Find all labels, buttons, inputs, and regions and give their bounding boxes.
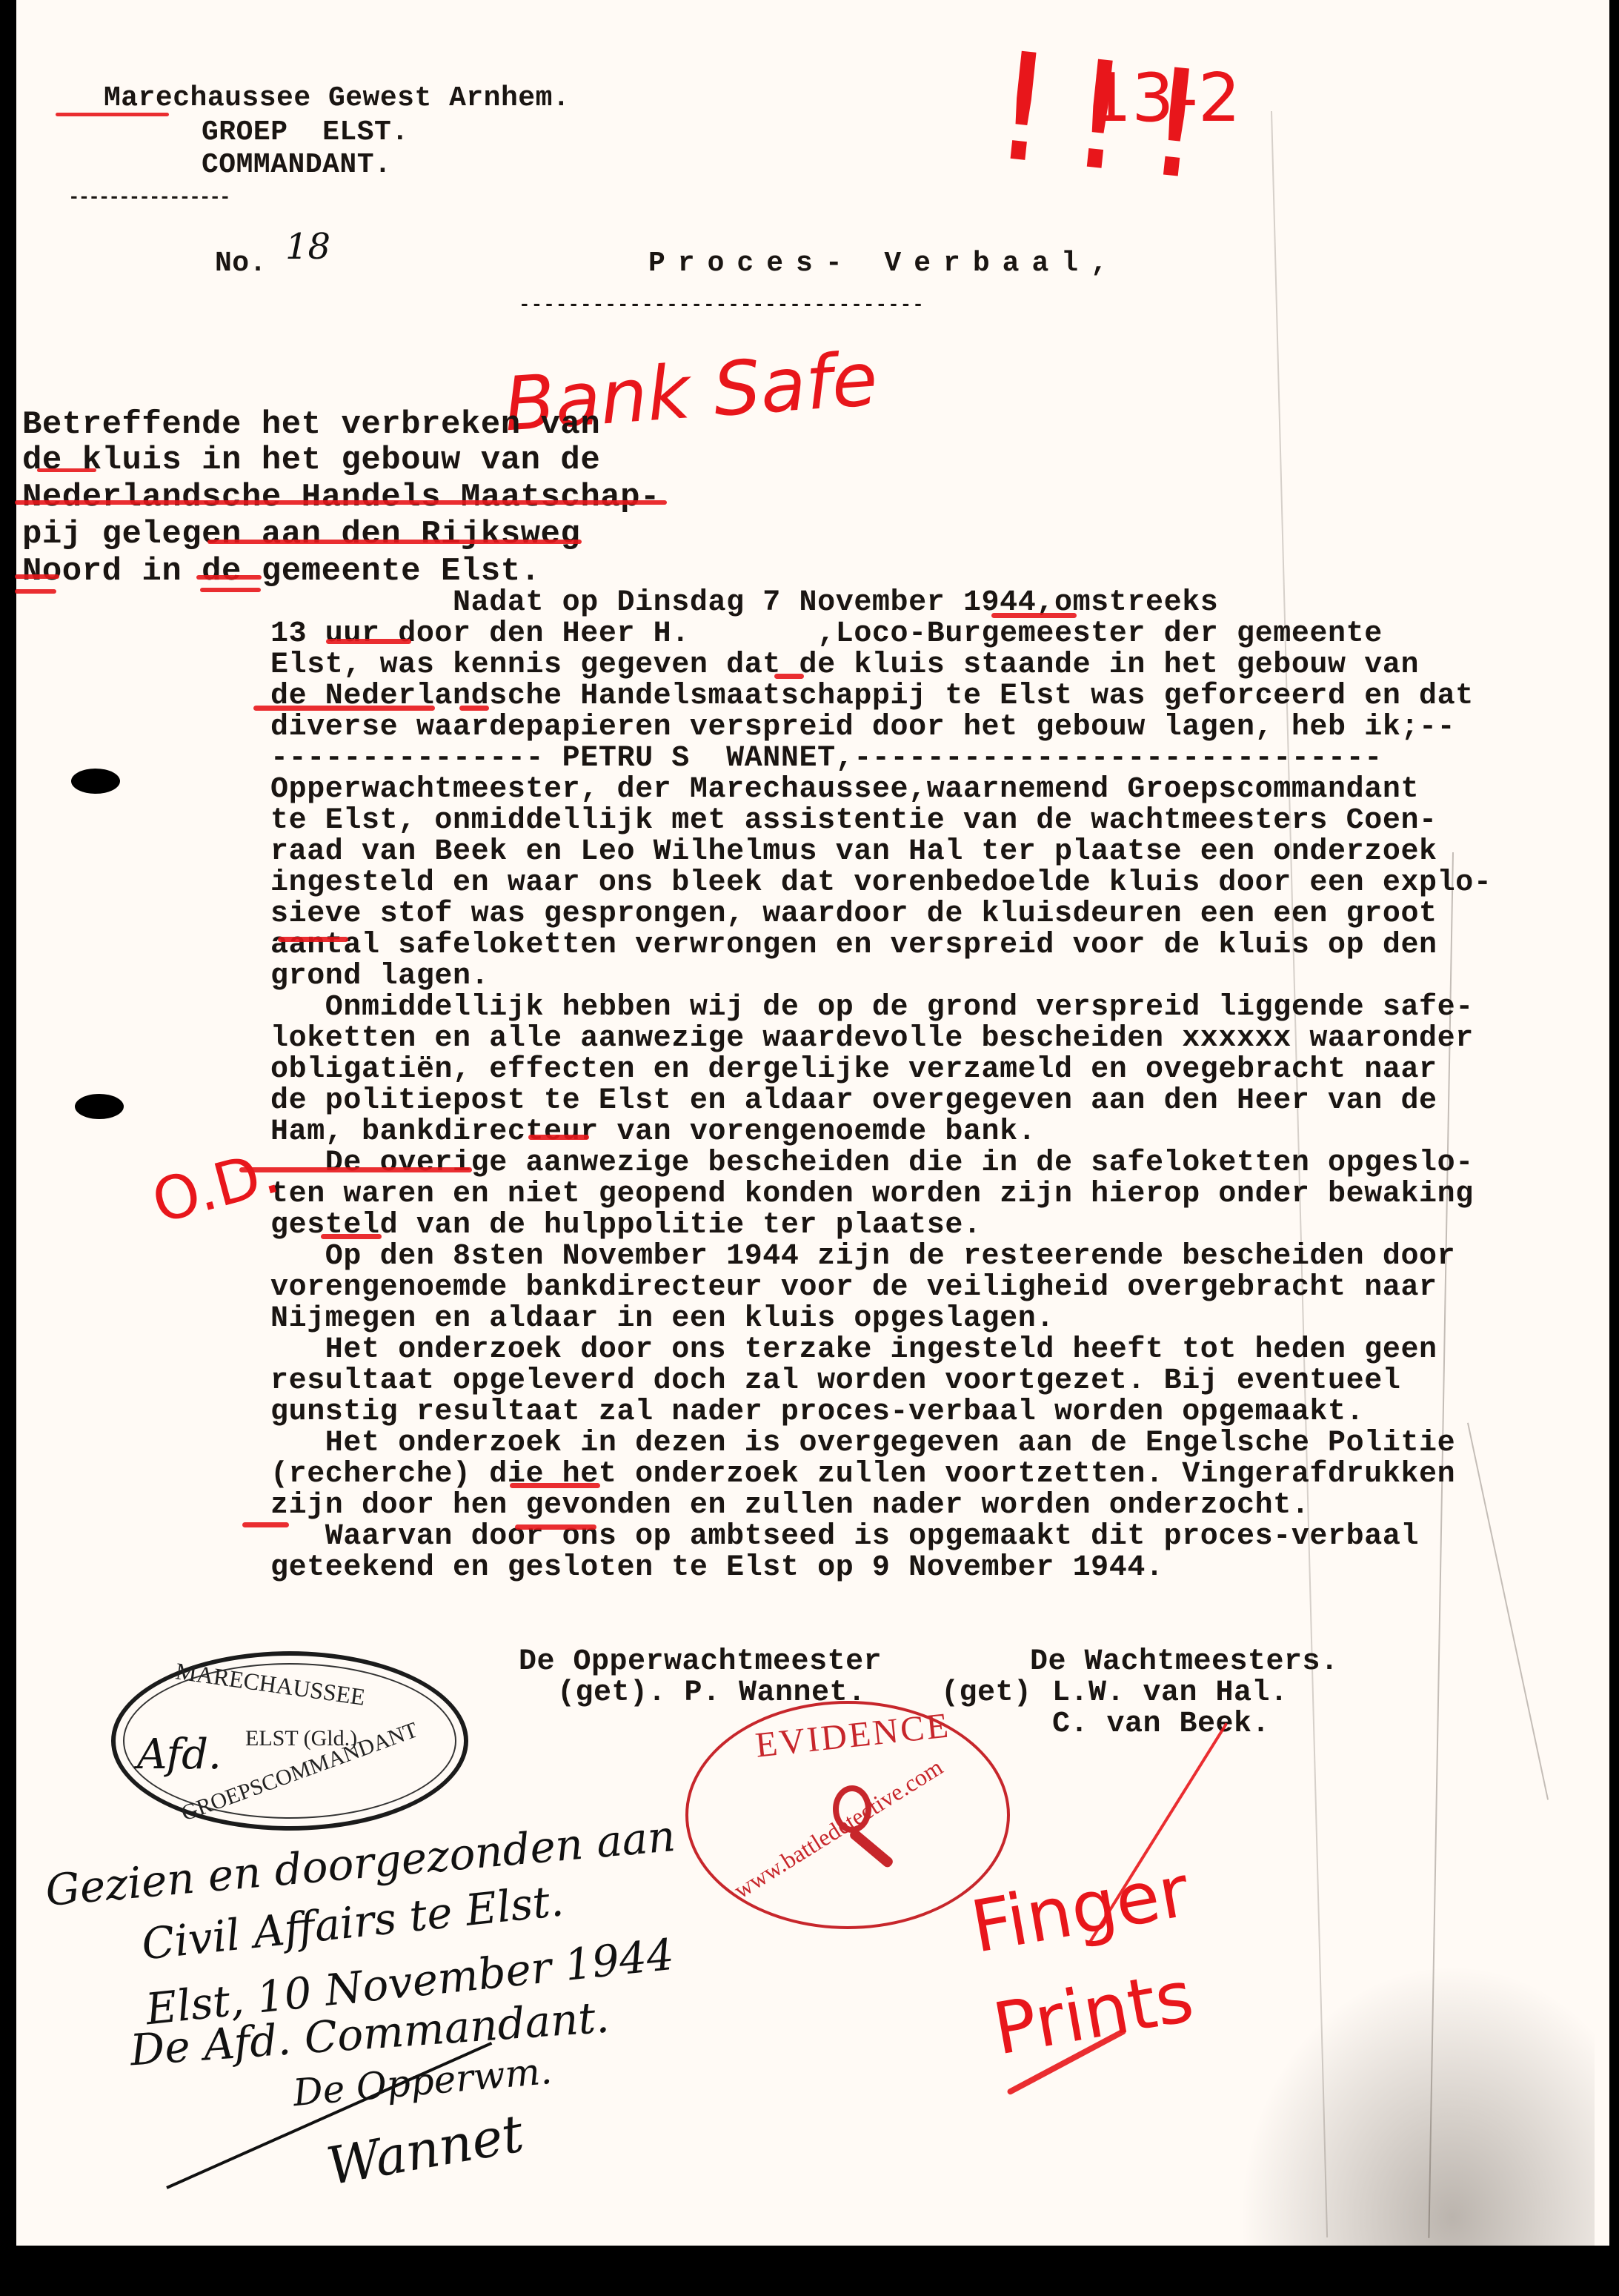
- red-underline: [326, 639, 411, 644]
- red-underline: [37, 468, 96, 472]
- signature-right-name-2: C. van Beek.: [1052, 1709, 1270, 1740]
- red-underline: [253, 706, 435, 711]
- signature-right-name-1: L.W. van Hal.: [1052, 1678, 1289, 1709]
- red-underline: [56, 113, 169, 116]
- red-underline: [278, 937, 348, 942]
- body-line: gunstig resultaat zal nader proces-verba…: [270, 1397, 1364, 1428]
- subject-line: Betreffende het verbreken van: [22, 408, 600, 442]
- photocopy-shadow: [1239, 1964, 1595, 2246]
- document-number-label: No.: [215, 248, 267, 279]
- red-underline: [515, 1524, 596, 1530]
- red-underline: [15, 589, 56, 594]
- red-underline: [15, 574, 59, 579]
- signature-mid-get: (get): [941, 1678, 1032, 1709]
- body-line: Op den 8sten November 1944 zijn de reste…: [270, 1241, 1455, 1273]
- body-line: Waarvan door ons op ambtseed is opgemaak…: [270, 1522, 1419, 1553]
- red-underline: [15, 500, 667, 505]
- body-line: Onmiddellijk hebben wij de op de grond v…: [270, 992, 1474, 1023]
- body-line: de Nederlandsche Handelsmaatschappij te …: [270, 681, 1474, 712]
- header-commandant: COMMANDANT.: [202, 150, 391, 181]
- body-line: 13 uur door den Heer H. ,Loco-Burgemeest…: [270, 619, 1383, 650]
- red-underline: [510, 1483, 600, 1488]
- body-line: Nijmegen en aldaar in een kluis opgeslag…: [270, 1304, 1054, 1335]
- signature-left-title: De Opperwachtmeester: [519, 1647, 882, 1678]
- subject-line: de kluis in het gebouw van de: [22, 445, 600, 476]
- header-group: GROEP ELST.: [202, 117, 409, 148]
- body-line: sieve stof was gesprongen, waardoor de k…: [270, 899, 1437, 930]
- body-line: Opperwachtmeester, der Marechaussee,waar…: [270, 774, 1419, 806]
- body-line: loketten en alle aanwezige waardevolle b…: [270, 1023, 1474, 1055]
- red-underline: [528, 1135, 589, 1140]
- red-underline: [207, 540, 582, 544]
- body-line: resultaat opgeleverd doch zal worden voo…: [270, 1366, 1400, 1397]
- red-underline: [991, 613, 1077, 618]
- body-line: Het onderzoek door ons terzake ingesteld…: [270, 1335, 1437, 1366]
- body-line: Ham, bankdirecteur van vorengenoemde ban…: [270, 1117, 1036, 1148]
- evidence-stamp-title: EVIDENCE: [754, 1705, 952, 1765]
- evidence-stamp-url: www.battledetective.com: [729, 1753, 948, 1905]
- red-underline: [242, 1522, 289, 1527]
- body-line: grond lagen.: [270, 961, 489, 992]
- red-underline: [459, 706, 489, 711]
- header-rule: ----------------: [68, 182, 230, 213]
- signature-right-title: De Wachtmeesters.: [1030, 1647, 1339, 1678]
- body-line: De overige aanwezige bescheiden die in d…: [270, 1148, 1474, 1179]
- document-title: Proces- Verbaal,: [648, 248, 1120, 279]
- body-line: aantal safeloketten verwrongen en verspr…: [270, 930, 1437, 961]
- body-line: ten waren en niet geopend konden worden …: [270, 1179, 1474, 1210]
- punch-hole: [75, 1094, 124, 1119]
- body-line: (recherche) die het onderzoek zullen voo…: [270, 1459, 1455, 1490]
- subject-line: Nederlandsche Handels Maatschap-: [22, 482, 660, 513]
- body-line: obligatiën, effecten en dergelijke verza…: [270, 1055, 1437, 1086]
- body-line: geteekend en gesloten te Elst op 9 Novem…: [270, 1553, 1164, 1584]
- red-underline: [196, 575, 262, 580]
- body-line: diverse waardepapieren verspreid door he…: [270, 712, 1455, 743]
- red-underline: [321, 1234, 382, 1239]
- body-line: te Elst, onmiddellijk met assistentie va…: [270, 806, 1437, 837]
- body-line: ingesteld en waar ons bleek dat vorenbed…: [270, 868, 1492, 899]
- header-district: Marechaussee Gewest Arnhem.: [104, 83, 570, 114]
- body-line: raad van Beek en Leo Wilhelmus van Hal t…: [270, 837, 1437, 868]
- body-line: zijn door hen gevonden en zullen nader w…: [270, 1490, 1309, 1522]
- body-line: vorengenoemde bankdirecteur voor de veil…: [270, 1273, 1437, 1304]
- stamp-handwritten-initial: Afd.: [137, 1731, 222, 1779]
- body-line: Elst, was kennis gegeven dat de kluis st…: [270, 650, 1419, 681]
- red-underline: [200, 588, 261, 592]
- punch-hole: [71, 769, 120, 794]
- subject-line: pij gelegen aan den Rijksweg: [22, 519, 580, 550]
- subject-line: Noord in de gemeente Elst.: [22, 556, 541, 587]
- red-underline: [774, 674, 804, 679]
- body-line: de politiepost te Elst en aldaar overgeg…: [270, 1086, 1437, 1117]
- evidence-stamp: EVIDENCE www.battledetective.com: [685, 1701, 1010, 1929]
- body-line: --------------- PETRU S WANNET,---------…: [270, 743, 1383, 774]
- body-line: Het onderzoek in dezen is overgegeven aa…: [270, 1428, 1455, 1459]
- title-rule: ---------------------------------: [519, 289, 925, 320]
- document-number-value: 18: [285, 226, 330, 268]
- file-reference-annotation: 13-2: [1089, 59, 1240, 137]
